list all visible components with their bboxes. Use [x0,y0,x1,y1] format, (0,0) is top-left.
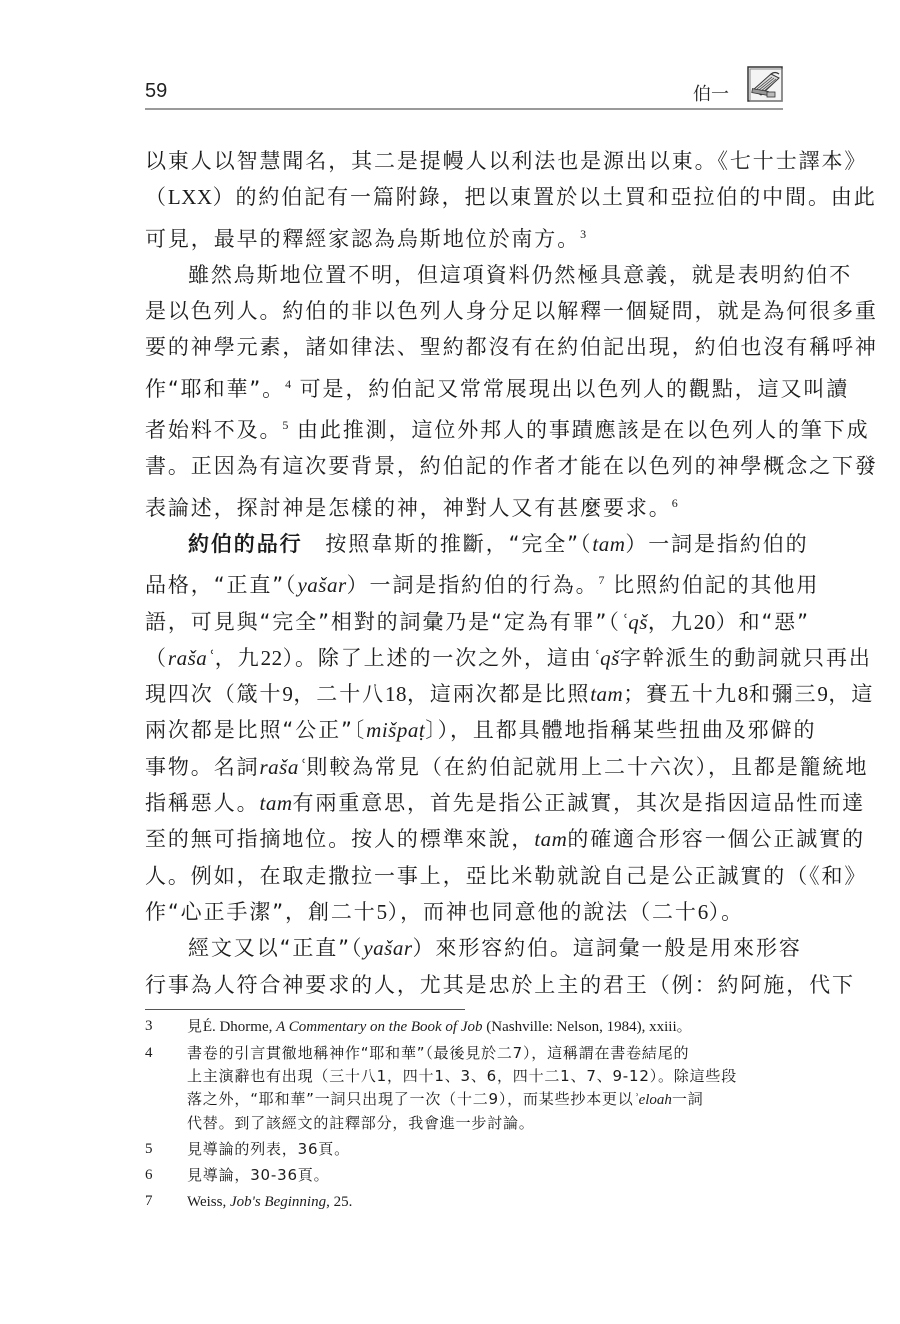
text-line: 現四次（箴十9，二十八18，這兩次都是比照tam；賽五十九8和彌三9，這 [145,676,785,712]
paragraph-1: 以東人以智慧聞名，其二是提幔人以利法也是源出以東。《七十士譯本》 （LXX）的約… [145,143,785,257]
text-line: 作“耶和華”。4 可是，約伯記又常常展現出以色列人的觀點，這又叫讀 [145,366,785,407]
footnote-ref-6[interactable]: 6 [672,496,678,510]
footnote-6: 6 見導論，30-36頁。 [145,1164,785,1187]
text-line: 事物。名詞rašaʿ則較為常見（在約伯記就用上二十六次），且都是籠統地 [145,749,785,785]
paragraph-3: 約伯的品行 按照韋斯的推斷，“完全”（tam）一詞是指約伯的 品格，“正直”（y… [145,526,785,930]
text-line: 語，可見與“完全”相對的詞彙乃是“定為有罪”（ʿqš，九20）和“惡” [145,604,785,640]
text-line: 書。正因為有這次要背景，約伯記的作者才能在以色列的神學概念之下發 [145,448,785,484]
text-line: （LXX）的約伯記有一篇附錄，把以東置於以土買和亞拉伯的中間。由此 [145,179,785,215]
text-line: 以東人以智慧聞名，其二是提幔人以利法也是源出以東。《七十士譯本》 [145,143,785,179]
paragraph-4: 經文又以“正直”（yašar）來形容約伯。這詞彙一般是用來形容 行事為人符合神要… [145,930,785,1003]
text-line: 指稱惡人。tam有兩重意思，首先是指公正誠實，其次是指因這品性而達 [145,785,785,821]
text-line: 行事為人符合神要求的人，尤其是忠於上主的君王（例：約阿施，代下 [145,967,785,1003]
text-line: 可見，最早的釋經家認為烏斯地位於南方。3 [145,216,785,257]
running-title: 伯一 [693,80,729,106]
text-line: 要的神學元素，諸如律法、聖約都沒有在約伯記出現，約伯也沒有稱呼神 [145,329,785,365]
text-line: 作“心正手潔”，創二十5），而神也同意他的說法（二十6）。 [145,894,785,930]
book-scroll-icon [747,66,783,102]
text-line: （rašaʿ，九22）。除了上述的一次之外，這由ʿqš字幹派生的動詞就只再出 [145,640,785,676]
text-line: 至的無可指摘地位。按人的標準來說，tam的確適合形容一個公正誠實的 [145,821,785,857]
text-line: 約伯的品行 按照韋斯的推斷，“完全”（tam）一詞是指約伯的 [145,526,785,562]
text-line: 兩次都是比照“公正”〔mišpaṭ〕），且都具體地指稱某些扭曲及邪僻的 [145,712,785,748]
page-header: 59 伯一 [145,66,783,108]
footnotes: 3 見É. Dhorme, A Commentary on the Book o… [145,1015,785,1217]
footnote-rule [145,1009,465,1010]
text-line: 是以色列人。約伯的非以色列人身分足以解釋一個疑問，就是為何很多重 [145,293,785,329]
text-line: 表論述，探討神是怎樣的神，神對人又有甚麼要求。6 [145,485,785,526]
footnote-7: 7 Weiss, Job's Beginning, 25. [145,1190,785,1214]
section-heading: 約伯的品行 [188,531,303,556]
footnote-4: 4 書卷的引言貫徹地稱神作“耶和華”（最後見於二7），這稱謂在書卷結尾的 上主演… [145,1042,785,1135]
footnote-3: 3 見É. Dhorme, A Commentary on the Book o… [145,1015,785,1039]
text-line: 者始料不及。5 由此推測，這位外邦人的事蹟應該是在以色列人的筆下成 [145,407,785,448]
text-line: 雖然烏斯地位置不明，但這項資料仍然極具意義，就是表明約伯不 [145,257,785,293]
text-line: 經文又以“正直”（yašar）來形容約伯。這詞彙一般是用來形容 [145,930,785,966]
footnote-5: 5 見導論的列表，36頁。 [145,1138,785,1161]
main-text: 以東人以智慧聞名，其二是提幔人以利法也是源出以東。《七十士譯本》 （LXX）的約… [145,143,785,1003]
text-line: 品格，“正直”（yašar）一詞是指約伯的行為。7 比照約伯記的其他用 [145,562,785,603]
page-number: 59 [145,80,167,103]
footnote-ref-3[interactable]: 3 [580,227,586,241]
header-rule [145,108,783,110]
text-line: 人。例如，在取走撒拉一事上，亞比米勒就說自己是公正誠實的（《和》 [145,858,785,894]
paragraph-2: 雖然烏斯地位置不明，但這項資料仍然極具意義，就是表明約伯不 是以色列人。約伯的非… [145,257,785,526]
